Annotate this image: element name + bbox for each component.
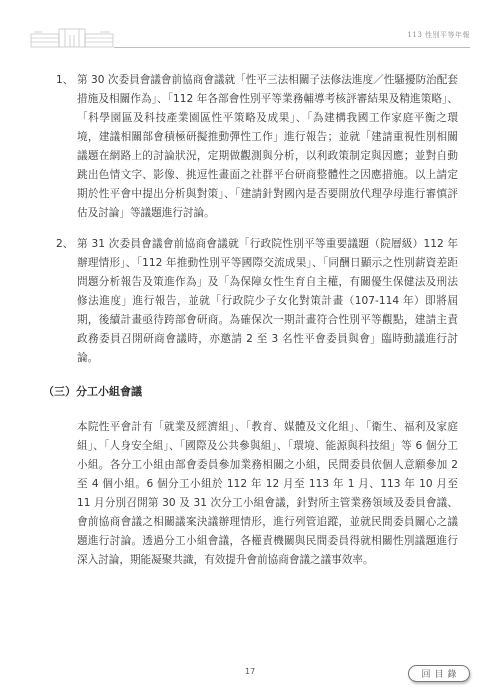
section-heading: （三）分工小組會議 xyxy=(43,383,142,399)
list-item: 1、 第 30 次委員會議會前協商會議就「性平三法相關子法修法進度／性騷擾防治配… xyxy=(56,71,458,223)
back-to-toc-button[interactable]: 回目錄 xyxy=(408,665,470,682)
header-rule xyxy=(114,47,470,48)
item-text: 第 30 次委員會議會前協商會議就「性平三法相關子法修法進度／性騷擾防治配套措施… xyxy=(77,74,458,219)
numbered-list: 1、 第 30 次委員會議會前協商會議就「性平三法相關子法修法進度／性騷擾防治配… xyxy=(56,71,458,368)
item-text: 第 31 次委員會議會前協商會議就「行政院性別平等重要議題（院層級）112 年辦… xyxy=(77,238,458,364)
building-logo-icon xyxy=(30,26,114,48)
list-item: 2、 第 31 次委員會議會前協商會議就「行政院性別平等重要議題（院層級）112… xyxy=(56,235,458,368)
section-paragraph: 本院性平會計有「就業及經濟組」、「教育、媒體及文化組」、「衛生、福利及家庭組」、… xyxy=(77,418,458,570)
item-number: 2、 xyxy=(56,235,73,254)
page-number: 17 xyxy=(245,667,255,676)
report-title: 113 性別平等年報 xyxy=(407,30,470,40)
page-header: 113 性別平等年報 xyxy=(0,0,502,60)
item-number: 1、 xyxy=(56,71,73,90)
